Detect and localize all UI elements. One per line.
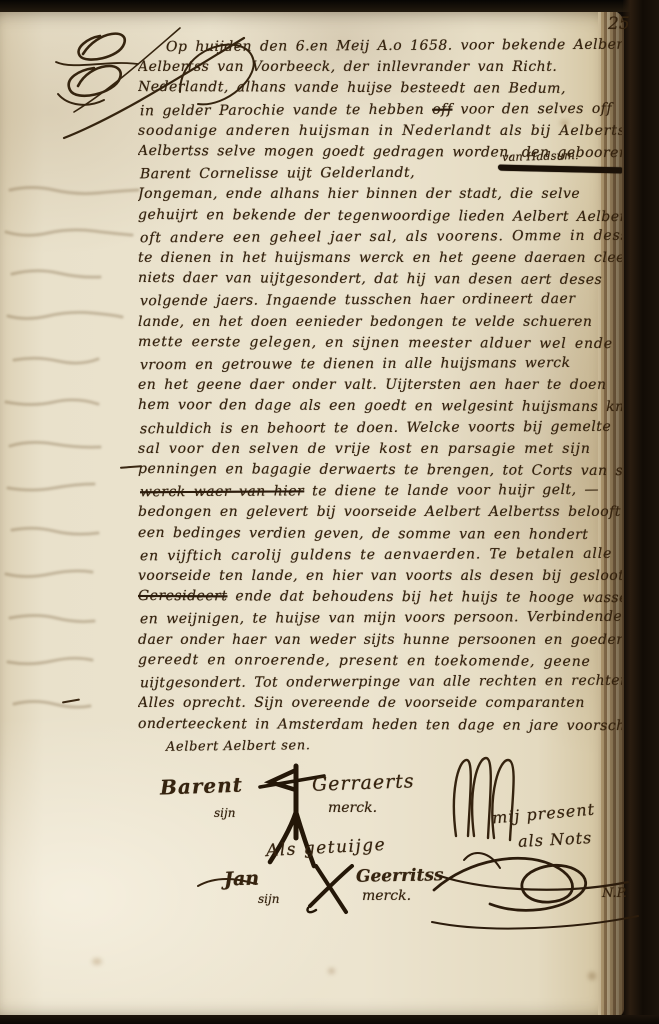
witness1-last-name: Gerraerts <box>312 770 415 796</box>
handwriting-line: bedongen en gelevert bij voorseide Aelbe… <box>138 502 622 523</box>
handwriting-line: onderteeckent in Amsterdam heden ten dag… <box>138 713 622 736</box>
handwriting-line: hem voor den dage als een goedt en welge… <box>138 395 622 418</box>
handwriting-line: een bedinges verdien geven, de somme van… <box>138 523 622 546</box>
handwriting-line: voorseide ten lande, en hier van voorts … <box>138 566 622 587</box>
handwriting-line: volgende jaers. Ingaende tusschen haer o… <box>140 289 622 313</box>
handwriting-line: gereedt en onroerende, present en toekom… <box>138 650 622 673</box>
witness2-mark-icon <box>306 864 356 916</box>
handwriting-line: werck waer van hier te diene te lande vo… <box>140 480 622 504</box>
closing-line: Aelbert Aelbert sen. <box>166 738 311 755</box>
handwriting-line: in gelder Parochie vande te hebben off v… <box>140 98 622 122</box>
handwriting-line: en vijftich carolij guldens te aenvaerde… <box>140 544 622 568</box>
handwriting-line: daer onder haer van weder sijts hunne pe… <box>138 630 622 651</box>
handwriting-line: Jongeman, ende alhans hier binnen der st… <box>138 184 622 205</box>
handwriting-line: en weijnigen, te huijse van mijn voors p… <box>140 607 622 631</box>
handwriting-line: vroom en getrouwe te dienen in alle huij… <box>140 353 622 377</box>
handwriting-line: en het geene daer onder valt. Uijtersten… <box>138 375 622 396</box>
witness2-sub-word: sijn <box>258 892 279 906</box>
handwriting-line: Alles oprecht. Sijn overeende de voorsei… <box>138 693 622 714</box>
handwriting-line: Op huijden den 6.en Meij A.o 1658. voor … <box>140 36 622 58</box>
notary-monogram-icon <box>446 752 538 844</box>
handwriting-line: te dienen in het huijsmans werck en het … <box>138 248 622 269</box>
book-background-bottom <box>0 1015 659 1024</box>
handwriting-line: Nederlandt, alhans vande huijse besteedt… <box>138 77 622 100</box>
handwriting-line: oft andere een geheel jaer sal, als voor… <box>140 226 622 250</box>
witness2-first-name: Jan <box>224 867 260 890</box>
foxing-spot <box>588 972 596 980</box>
foxing-spot <box>328 968 335 974</box>
witness1-sub-word: sijn <box>214 806 235 820</box>
handwriting-line: mette eerste gelegen, en sijnen meester … <box>138 332 622 355</box>
witness1-first-name: Barent <box>160 773 244 800</box>
interline-insertion: van Hadsum. <box>502 148 579 164</box>
notary-initials: N.P. <box>602 886 627 901</box>
witness1-mark-word: merck. <box>328 800 377 816</box>
handwriting-line: niets daer van uijtgesondert, dat hij va… <box>138 268 622 291</box>
handwriting-line: penningen en bagagie derwaerts te brenge… <box>138 459 622 482</box>
handwriting-line: Geresideert ende dat behoudens bij het h… <box>138 586 622 609</box>
handwriting-line: schuldich is en behoort te doen. Welcke … <box>140 416 622 440</box>
handwriting-line: gehuijrt en bekende der tegenwoordige li… <box>138 205 622 228</box>
manuscript-text: Op huijden den 6.en Meij A.o 1658. voor … <box>138 36 622 738</box>
foxing-spot <box>560 120 569 126</box>
bleedthrough-ghost-writing-icon <box>0 170 160 750</box>
book-background-top <box>0 0 659 12</box>
handwriting-line: uijtgesondert. Tot onderwerpinge van all… <box>140 671 622 695</box>
page-number: 25 <box>608 14 630 34</box>
handwriting-line: Aelbertss van Voorbeeck, der inllevrande… <box>138 57 622 78</box>
foxing-spot <box>92 958 102 965</box>
manuscript-scan: 25 Op huijden den 6.en Meij A.o 1658. vo… <box>0 0 659 1024</box>
handwriting-line: sal voor den selven de vrije kost en par… <box>138 439 622 460</box>
handwriting-line: soodanige anderen huijsman in Nederlandt… <box>138 121 622 142</box>
handwriting-line: lande, en het doen eenieder bedongen te … <box>138 312 622 333</box>
witness2-mark-word: merck. <box>362 888 411 904</box>
